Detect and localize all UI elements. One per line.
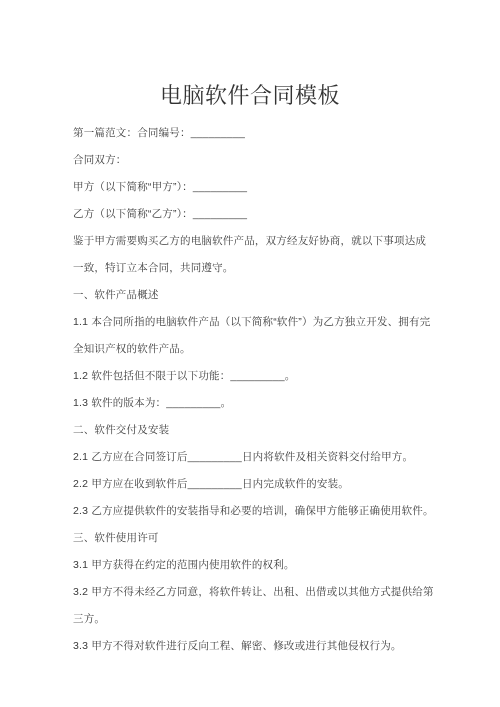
party-a-line: 甲方（以下简称“甲方”）：_________ — [73, 174, 434, 201]
document-content: 第一篇范文：合同编号：_________合同双方：甲方（以下简称“甲方”）：__… — [0, 108, 500, 660]
page-title: 电脑软件合同模板 — [0, 0, 500, 108]
clause-3-3: 3.3 甲方不得对软件进行反向工程、解密、修改或进行其他侵权行为。 — [73, 633, 434, 660]
section-heading-2: 二、软件交付及安装 — [73, 417, 434, 444]
parties-label: 合同双方： — [73, 147, 434, 174]
document-page: 电脑软件合同模板 第一篇范文：合同编号：_________合同双方：甲方（以下简… — [0, 0, 500, 707]
clause-2-2: 2.2 甲方应在收到软件后_________日内完成软件的安装。 — [73, 471, 434, 498]
clause-1-3: 1.3 软件的版本为：_________。 — [73, 390, 434, 417]
section-heading-1: 一、软件产品概述 — [73, 282, 434, 309]
preamble: 鉴于甲方需要购买乙方的电脑软件产品，双方经友好协商，就以下事项达成一致，特订立本… — [73, 228, 434, 282]
clause-2-3: 2.3 乙方应提供软件的安装指导和必要的培训，确保甲方能够正确使用软件。 — [73, 498, 434, 525]
clause-2-1: 2.1 乙方应在合同签订后_________日内将软件及相关资料交付给甲方。 — [73, 444, 434, 471]
party-b-line: 乙方（以下简称“乙方”）：_________ — [73, 201, 434, 228]
clause-3-2: 3.2 甲方不得未经乙方同意，将软件转让、出租、出借或以其他方式提供给第三方。 — [73, 579, 434, 633]
clause-3-1: 3.1 甲方获得在约定的范围内使用软件的权利。 — [73, 552, 434, 579]
clause-1-2: 1.2 软件包括但不限于以下功能：_________。 — [73, 363, 434, 390]
clause-1-1: 1.1 本合同所指的电脑软件产品（以下简称“软件”）为乙方独立开发、拥有完全知识… — [73, 309, 434, 363]
intro-line: 第一篇范文：合同编号：_________ — [73, 120, 434, 147]
section-heading-3: 三、软件使用许可 — [73, 525, 434, 552]
